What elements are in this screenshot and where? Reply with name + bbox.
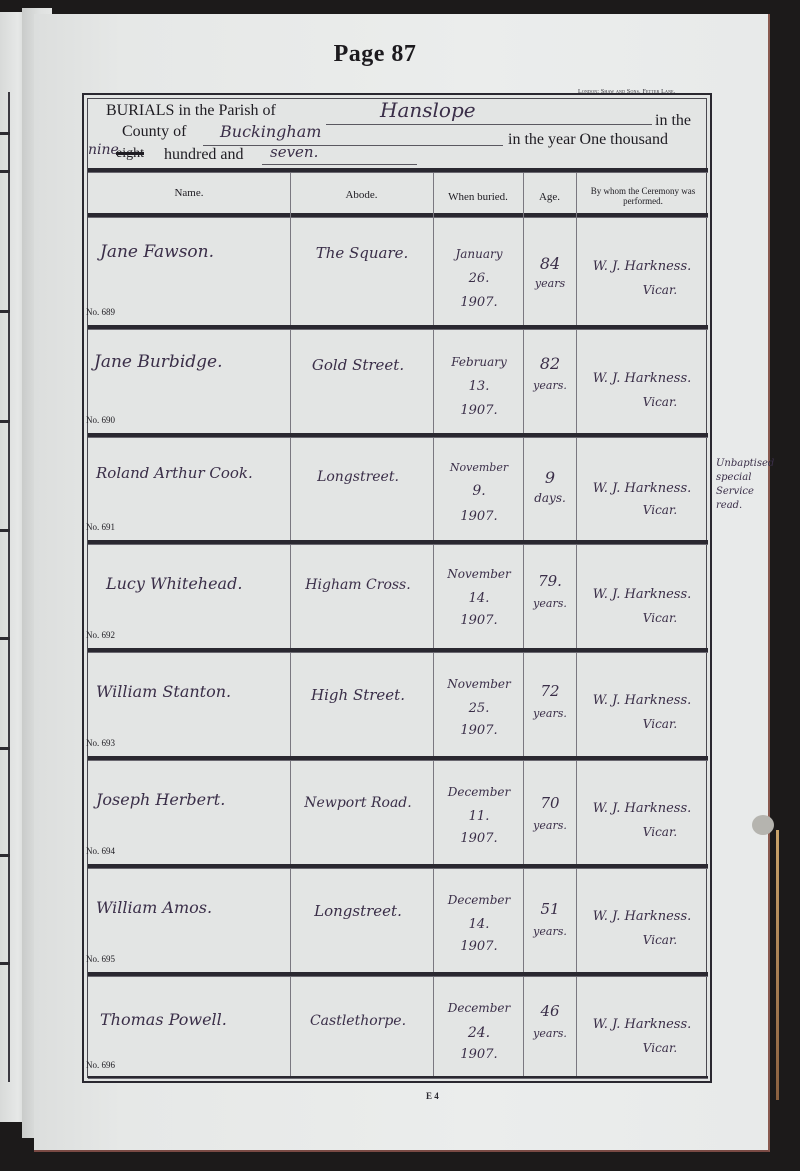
age-number: 46 — [524, 1004, 576, 1020]
margin-annotation: Unbaptised special Service read. — [716, 457, 774, 513]
margin-note-line: read. — [716, 499, 774, 513]
entry-number: No. 695 — [86, 954, 115, 964]
burial-year: 1907. — [436, 614, 522, 628]
entry-abode: Newport Road. — [296, 796, 420, 811]
previous-page-rule — [0, 132, 10, 135]
previous-page-rule — [0, 962, 10, 965]
entry-number: No. 690 — [86, 415, 115, 425]
age-unit: days. — [524, 492, 576, 505]
officiant-title: Vicar. — [620, 504, 700, 517]
age-number: 51 — [524, 902, 576, 918]
burial-month: December — [436, 894, 522, 907]
row-rule — [88, 972, 708, 977]
row-rule — [88, 756, 708, 761]
age-unit: years. — [524, 380, 576, 392]
age-unit: years. — [524, 598, 576, 610]
entry-number: No. 689 — [86, 307, 115, 317]
header-in-the: in the — [655, 112, 691, 130]
year-fill-line — [262, 164, 417, 165]
age-number: 82 — [524, 356, 576, 373]
age-number: 9 — [524, 470, 576, 487]
header-year-one-thousand: in the year One thousand — [508, 131, 668, 149]
burial-year: 1907. — [436, 724, 522, 738]
age-number: 70 — [524, 796, 576, 812]
header-county-label: County of — [122, 123, 186, 141]
previous-page-border — [8, 92, 10, 1082]
century-struck-printed: eight — [116, 146, 144, 162]
officiant-title: Vicar. — [620, 1042, 700, 1055]
entry-number: No. 693 — [86, 738, 115, 748]
entry-abode: The Square. — [300, 246, 424, 262]
ink-stain — [752, 815, 774, 835]
column-header-when-buried: When buried. — [433, 192, 523, 203]
column-divider-abode-when — [433, 173, 434, 1077]
officiant-title: Vicar. — [620, 934, 700, 947]
burial-month: February — [436, 356, 522, 369]
officiant-title: Vicar. — [620, 718, 700, 731]
row-rule — [88, 648, 708, 653]
officiant-name: W. J. Harkness. — [580, 588, 704, 602]
column-divider-when-age — [523, 173, 524, 1077]
column-header-abode: Abode. — [290, 190, 433, 201]
entry-name: Thomas Powell. — [100, 1012, 227, 1029]
parish-fill-line — [326, 124, 652, 125]
entry-name: Jane Burbidge. — [94, 354, 222, 372]
entry-number: No. 691 — [86, 522, 115, 532]
previous-page-rule — [0, 854, 10, 857]
burial-year: 1907. — [436, 510, 522, 524]
entry-number: No. 694 — [86, 846, 115, 856]
entry-abode: High Street. — [296, 688, 420, 704]
column-header-officiant: By whom the Ceremony was performed. — [584, 186, 702, 206]
entry-abode: Castlethorpe. — [296, 1014, 420, 1029]
column-divider-age-officiant — [576, 173, 577, 1077]
previous-page-rule — [0, 637, 10, 640]
burial-day: 26. — [436, 272, 522, 286]
previous-page-rule — [0, 170, 10, 173]
officiant-title: Vicar. — [620, 396, 700, 409]
entry-name: Lucy Whitehead. — [106, 576, 242, 593]
row-rule — [88, 540, 708, 545]
burial-year: 1907. — [436, 1048, 522, 1062]
entry-number: No. 692 — [86, 630, 115, 640]
county-fill-line — [203, 145, 503, 146]
margin-note-line: Unbaptised — [716, 457, 774, 471]
burial-month: November — [436, 568, 522, 581]
burial-year: 1907. — [436, 404, 522, 418]
entry-name: Joseph Herbert. — [96, 792, 225, 809]
page-edge-tear — [776, 830, 779, 1100]
page-signature: E 4 — [426, 1091, 439, 1101]
officiant-name: W. J. Harkness. — [580, 372, 704, 386]
age-unit: years. — [524, 926, 576, 938]
column-header-name: Name. — [88, 188, 290, 199]
year-handwritten: seven. — [270, 143, 318, 161]
officiant-name: W. J. Harkness. — [580, 910, 704, 924]
entry-abode: Longstreet. — [296, 904, 420, 920]
age-number: 79. — [524, 574, 576, 590]
row-rule — [88, 864, 708, 869]
burial-month: December — [436, 786, 522, 799]
burial-day: 24. — [436, 1026, 522, 1041]
margin-note-line: Service — [716, 485, 774, 499]
row-rule — [88, 433, 708, 438]
burial-month: November — [436, 678, 522, 691]
burial-day: 13. — [436, 380, 522, 394]
previous-page-rule — [0, 529, 10, 532]
previous-page-rule — [0, 747, 10, 750]
officiant-name: W. J. Harkness. — [580, 1018, 704, 1032]
century-correction-handwritten: nine — [88, 142, 119, 158]
age-unit: years. — [524, 708, 576, 720]
burial-year: 1907. — [436, 940, 522, 954]
age-number: 84 — [524, 256, 576, 273]
entry-number: No. 696 — [86, 1060, 115, 1070]
age-unit: years — [524, 278, 576, 290]
age-number: 72 — [524, 684, 576, 700]
column-divider-name-abode — [290, 173, 291, 1077]
row-rule — [88, 325, 708, 330]
burial-month: January — [436, 248, 522, 261]
entry-abode: Higham Cross. — [296, 578, 420, 593]
entry-abode: Longstreet. — [296, 470, 420, 485]
burial-day: 25. — [436, 702, 522, 716]
entry-name: William Stanton. — [96, 684, 231, 701]
entry-abode: Gold Street. — [296, 358, 420, 374]
burial-day: 14. — [436, 592, 522, 606]
officiant-name: W. J. Harkness. — [580, 694, 704, 708]
previous-page-rule — [0, 420, 10, 423]
margin-note-line: special — [716, 471, 774, 485]
previous-page-rule — [0, 310, 10, 313]
officiant-name: W. J. Harkness. — [580, 802, 704, 816]
age-unit: years. — [524, 820, 576, 832]
parish-handwritten: Hanslope — [380, 98, 476, 122]
header-parish-label: BURIALS in the Parish of — [106, 102, 276, 120]
burial-day: 9. — [436, 484, 522, 499]
age-unit: years. — [524, 1028, 576, 1040]
county-handwritten: Buckingham — [220, 122, 321, 141]
column-header-age: Age. — [523, 192, 576, 203]
entry-name: William Amos. — [96, 900, 212, 917]
header-bottom-rule — [88, 213, 708, 218]
header-top-rule — [88, 168, 708, 173]
burial-month: November — [436, 462, 522, 474]
officiant-title: Vicar. — [620, 284, 700, 297]
burial-month: December — [436, 1002, 522, 1015]
burial-year: 1907. — [436, 832, 522, 846]
officiant-name: W. J. Harkness. — [580, 260, 704, 274]
officiant-title: Vicar. — [620, 826, 700, 839]
officiant-name: W. J. Harkness. — [580, 482, 704, 496]
burial-year: 1907. — [436, 296, 522, 310]
burial-day: 14. — [436, 918, 522, 932]
entry-name: Roland Arthur Cook. — [96, 466, 253, 482]
entry-name: Jane Fawson. — [100, 244, 214, 262]
table-bottom-rule — [88, 1076, 708, 1079]
burial-day: 11. — [436, 810, 522, 824]
page-title: Page 87 — [305, 41, 445, 68]
officiant-title: Vicar. — [620, 612, 700, 625]
header-hundred-and: hundred and — [164, 146, 244, 164]
